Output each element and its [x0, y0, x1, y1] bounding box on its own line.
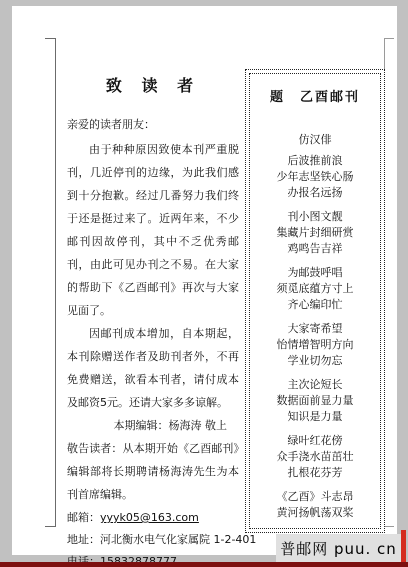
site-watermark[interactable]: 普邮网 puu. cn — [276, 534, 401, 563]
contact-block: 邮箱：yyyk05@163.com 地址：河北衡水电气化家属院 1-2-401 … — [67, 507, 239, 567]
poem-line: 办报名远扬 — [254, 185, 376, 201]
salutation: 亲爱的读者朋友： — [67, 113, 239, 136]
poem-line: 学业切勿忘 — [254, 353, 376, 369]
poem-line: 扎根花芬芳 — [254, 465, 376, 481]
poem-stanza-1: 后波推前浪 少年志坚铁心肠 办报名远扬 — [254, 153, 376, 201]
poem-line: 须觅底蕴方寸上 — [254, 281, 376, 297]
poem-line: 齐心编印忙 — [254, 297, 376, 313]
poem-line: 知识是力量 — [254, 409, 376, 425]
poem-stanza-6: 绿叶红花傍 众手浇水苗茁壮 扎根花芬芳 — [254, 433, 376, 481]
poem-line: 刊小图文靓 — [254, 209, 376, 225]
notice-paragraph: 敬告读者：从本期开始《乙酉邮刊》编辑部将长期聘请杨海涛先生为本刊首席编辑。 — [67, 437, 239, 506]
poem-title: 题 乙酉邮刊 — [254, 86, 376, 105]
poem-line: 为邮鼓呼唱 — [254, 265, 376, 281]
document-page: 致 读 者 亲爱的读者朋友： 由于种种原因致使本刊严重脱刊，几近停刊的边缘，为此… — [12, 6, 397, 555]
poem-line: 后波推前浪 — [254, 153, 376, 169]
email-link[interactable]: yyyk05@163.com — [100, 511, 199, 524]
poem-line: 怡情增智明方向 — [254, 337, 376, 353]
poem-box-inner: 题 乙酉邮刊 仿汉俳 后波推前浪 少年志坚铁心肠 办报名远扬 刊小图文靓 集藏片… — [249, 73, 381, 529]
poem-line: 鸡鸣告吉祥 — [254, 241, 376, 257]
signature-line: 本期编辑：杨海涛 敬上 — [67, 414, 239, 437]
poem-line: 众手浇水苗茁壮 — [254, 449, 376, 465]
crop-mark-bottom-right — [384, 526, 394, 527]
address-line: 地址：河北衡水电气化家属院 1-2-401 — [67, 529, 239, 551]
poem-line: 黄河扬帆荡双桨 — [254, 505, 376, 521]
poem-stanza-7: 《乙酉》斗志昂 黄河扬帆荡双桨 — [254, 489, 376, 521]
poem-line: 少年志坚铁心肠 — [254, 169, 376, 185]
poem-line: 数据面前显力量 — [254, 393, 376, 409]
page-title: 致 读 者 — [67, 74, 239, 97]
poem-subtitle: 仿汉俳 — [254, 131, 376, 147]
poem-stanza-4: 大家寄希望 怡情增智明方向 学业切勿忘 — [254, 321, 376, 369]
poem-line: 《乙酉》斗志昂 — [254, 489, 376, 505]
poem-stanza-2: 刊小图文靓 集藏片封细研赏 鸡鸣告吉祥 — [254, 209, 376, 257]
paragraph-2: 因邮刊成本增加，自本期起，本刊除赠送作者及助刊者外，不再免费赠送，欲看本刊者，请… — [67, 322, 239, 414]
poem-box: 题 乙酉邮刊 仿汉俳 后波推前浪 少年志坚铁心肠 办报名远扬 刊小图文靓 集藏片… — [245, 69, 385, 533]
letter-column: 致 读 者 亲爱的读者朋友： 由于种种原因致使本刊严重脱刊，几近停刊的边缘，为此… — [67, 74, 239, 567]
poem-line: 集藏片封细研赏 — [254, 225, 376, 241]
email-label: 邮箱： — [67, 511, 100, 524]
poem-stanza-5: 主次论短长 数据面前显力量 知识是力量 — [254, 377, 376, 425]
frame-accent-right — [401, 530, 406, 563]
crop-mark-top-left — [45, 38, 55, 39]
crop-mark-bottom-left — [45, 526, 55, 527]
poem-line: 主次论短长 — [254, 377, 376, 393]
paragraph-1: 由于种种原因致使本刊严重脱刊，几近停刊的边缘，为此我们感到十分抱歉。经过几番努力… — [67, 138, 239, 322]
poem-line: 大家寄希望 — [254, 321, 376, 337]
poem-stanza-3: 为邮鼓呼唱 须觅底蕴方寸上 齐心编印忙 — [254, 265, 376, 313]
text-boundary-left — [55, 38, 56, 527]
frame-accent-bottom — [0, 562, 408, 567]
crop-mark-top-right — [384, 38, 394, 39]
poem-line: 绿叶红花傍 — [254, 433, 376, 449]
email-line: 邮箱：yyyk05@163.com — [67, 507, 239, 529]
